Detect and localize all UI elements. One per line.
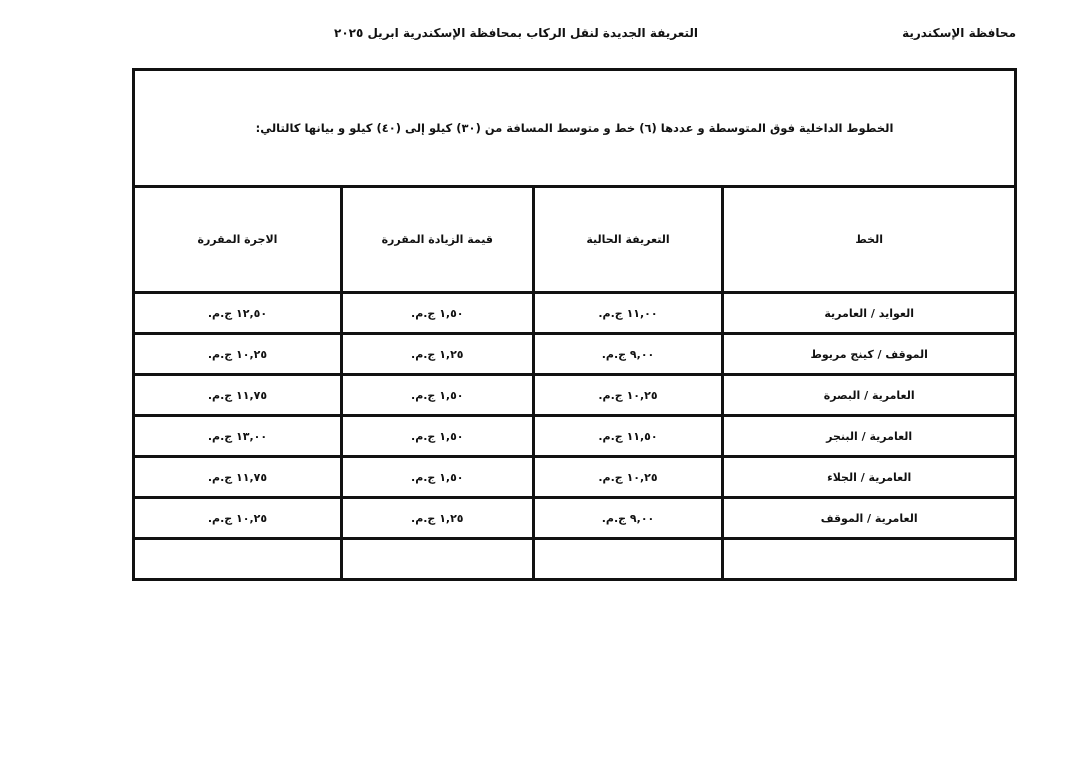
page-header: محافظة الإسكندرية التعريفة الجديدة لنقل … xyxy=(0,26,1080,48)
table-row: العامرية / البنجر ١١,٥٠ ج.م. ١,٥٠ ج.م. ١… xyxy=(134,416,1016,457)
column-header-current-tariff: التعريفة الحالية xyxy=(533,187,723,293)
cell-fare: ١٠,٢٥ ج.م. xyxy=(134,334,342,375)
cell-line: العامرية / البصرة xyxy=(723,375,1016,416)
cell-current: ١٠,٢٥ ج.م. xyxy=(533,375,723,416)
intro-row: الخطوط الداخلية فوق المتوسطة و عددها (٦)… xyxy=(134,70,1016,187)
table-row: العامرية / البصرة ١٠,٢٥ ج.م. ١,٥٠ ج.م. ١… xyxy=(134,375,1016,416)
cell-line: العامرية / الموقف xyxy=(723,498,1016,539)
cell-current: ٩,٠٠ ج.م. xyxy=(533,498,723,539)
column-header-new-fare: الاجرة المقررة xyxy=(134,187,342,293)
cell-current: ١٠,٢٥ ج.م. xyxy=(533,457,723,498)
governorate-name: محافظة الإسكندرية xyxy=(902,26,1016,40)
cell-line: العامرية / البنجر xyxy=(723,416,1016,457)
cell-fare: ١١,٧٥ ج.م. xyxy=(134,375,342,416)
cell-fare: ١٠,٢٥ ج.م. xyxy=(134,498,342,539)
table-header-row: الخط التعريفة الحالية قيمة الزيادة المقر… xyxy=(134,187,1016,293)
cell-current: ١١,٠٠ ج.م. xyxy=(533,293,723,334)
column-header-increase: قيمة الزيادة المقررة xyxy=(341,187,533,293)
cell-line: الموقف / كينج مريوط xyxy=(723,334,1016,375)
cell-fare: ١١,٧٥ ج.م. xyxy=(134,457,342,498)
empty-cell xyxy=(533,539,723,580)
cell-increase: ١,٢٥ ج.م. xyxy=(341,498,533,539)
column-header-line: الخط xyxy=(723,187,1016,293)
table-row: العامرية / الجلاء ١٠,٢٥ ج.م. ١,٥٠ ج.م. ١… xyxy=(134,457,1016,498)
cell-increase: ١,٢٥ ج.م. xyxy=(341,334,533,375)
intro-text: الخطوط الداخلية فوق المتوسطة و عددها (٦)… xyxy=(134,70,1016,187)
table-row: الموقف / كينج مريوط ٩,٠٠ ج.م. ١,٢٥ ج.م. … xyxy=(134,334,1016,375)
cell-current: ٩,٠٠ ج.م. xyxy=(533,334,723,375)
table-row: العوايد / العامرية ١١,٠٠ ج.م. ١,٥٠ ج.م. … xyxy=(134,293,1016,334)
cell-fare: ١٢,٥٠ ج.م. xyxy=(134,293,342,334)
cell-fare: ١٣,٠٠ ج.م. xyxy=(134,416,342,457)
cell-increase: ١,٥٠ ج.م. xyxy=(341,457,533,498)
cell-increase: ١,٥٠ ج.م. xyxy=(341,293,533,334)
empty-table-row xyxy=(134,539,1016,580)
cell-line: العامرية / الجلاء xyxy=(723,457,1016,498)
cell-line: العوايد / العامرية xyxy=(723,293,1016,334)
empty-cell xyxy=(723,539,1016,580)
cell-increase: ١,٥٠ ج.م. xyxy=(341,375,533,416)
tariff-table: الخطوط الداخلية فوق المتوسطة و عددها (٦)… xyxy=(132,68,1017,581)
table-row: العامرية / الموقف ٩,٠٠ ج.م. ١,٢٥ ج.م. ١٠… xyxy=(134,498,1016,539)
empty-cell xyxy=(134,539,342,580)
cell-increase: ١,٥٠ ج.م. xyxy=(341,416,533,457)
cell-current: ١١,٥٠ ج.م. xyxy=(533,416,723,457)
document-title: التعريفة الجديدة لنقل الركاب بمحافظة الإ… xyxy=(388,26,698,40)
empty-cell xyxy=(341,539,533,580)
